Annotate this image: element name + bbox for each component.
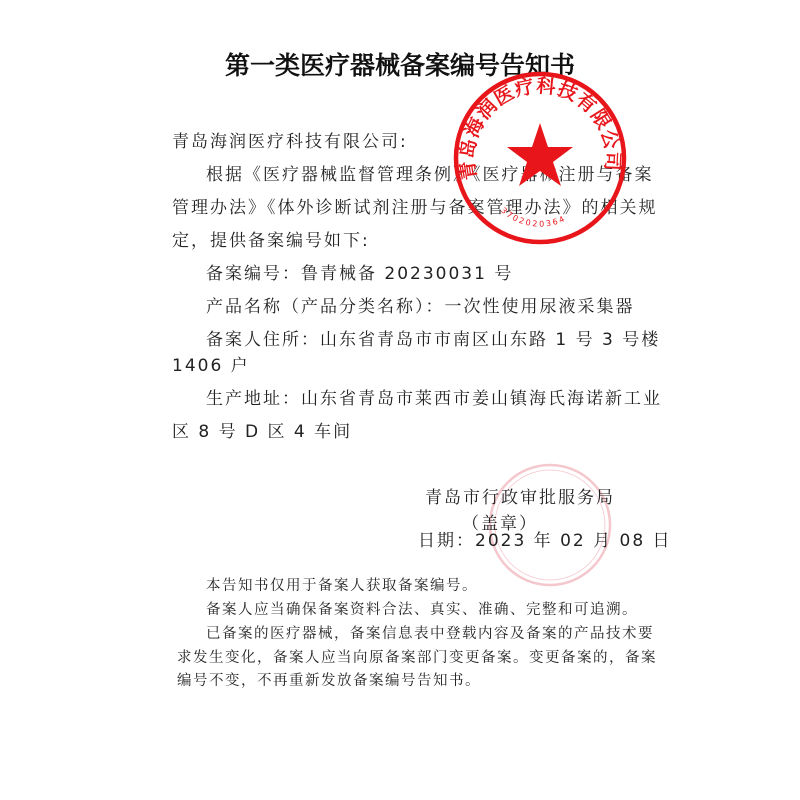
product-name: 产品名称（产品分类名称）：一次性使用尿液采集器: [206, 292, 635, 317]
issuer-name: 青岛市行政审批服务局: [425, 483, 615, 508]
record-number: 备案编号：鲁青械备 20230031 号: [206, 259, 513, 284]
registrant-address-line-1: 备案人住所：山东省青岛市市南区山东路 1 号 3 号楼: [206, 325, 660, 350]
company-seal-icon: 青岛海润医疗科技有限公司 3702020364: [450, 68, 630, 248]
body-line-2: 管理办法》《体外诊断试剂注册与备案管理办法》的相关规: [172, 193, 658, 218]
document-title: 第一类医疗器械备案编号告知书: [0, 46, 800, 82]
production-address-line-2: 区 8 号 D 区 4 车间: [172, 417, 352, 442]
note-line-4: 求发生变化，备案人应当向原备案部门变更备案。变更备案的，备案: [177, 646, 657, 667]
note-line-5: 编号不变，不再重新发放备案编号告知书。: [177, 669, 481, 690]
issue-date: 日期：2023 年 02 月 08 日: [418, 526, 672, 551]
body-line-3: 定，提供备案编号如下:: [172, 226, 370, 251]
document-page: 第一类医疗器械备案编号告知书 青岛海润医疗科技有限公司: 根据《医疗器械监督管理…: [0, 0, 800, 800]
registrant-address-line-2: 1406 户: [172, 351, 250, 376]
addressee: 青岛海润医疗科技有限公司:: [172, 127, 408, 152]
note-line-2: 备案人应当确保备案资料合法、真实、准确、完整和可追溯。: [206, 598, 638, 619]
note-line-3: 已备案的医疗器械，备案信息表中登载内容及备案的产品技术要: [206, 622, 654, 643]
production-address-line-1: 生产地址：山东省青岛市莱西市姜山镇海氏海诺新工业: [206, 384, 662, 409]
note-line-1: 本告知书仅用于备案人获取备案编号。: [206, 574, 478, 595]
body-line-1: 根据《医疗器械监督管理条例》《医疗器械注册与备案: [206, 160, 654, 185]
